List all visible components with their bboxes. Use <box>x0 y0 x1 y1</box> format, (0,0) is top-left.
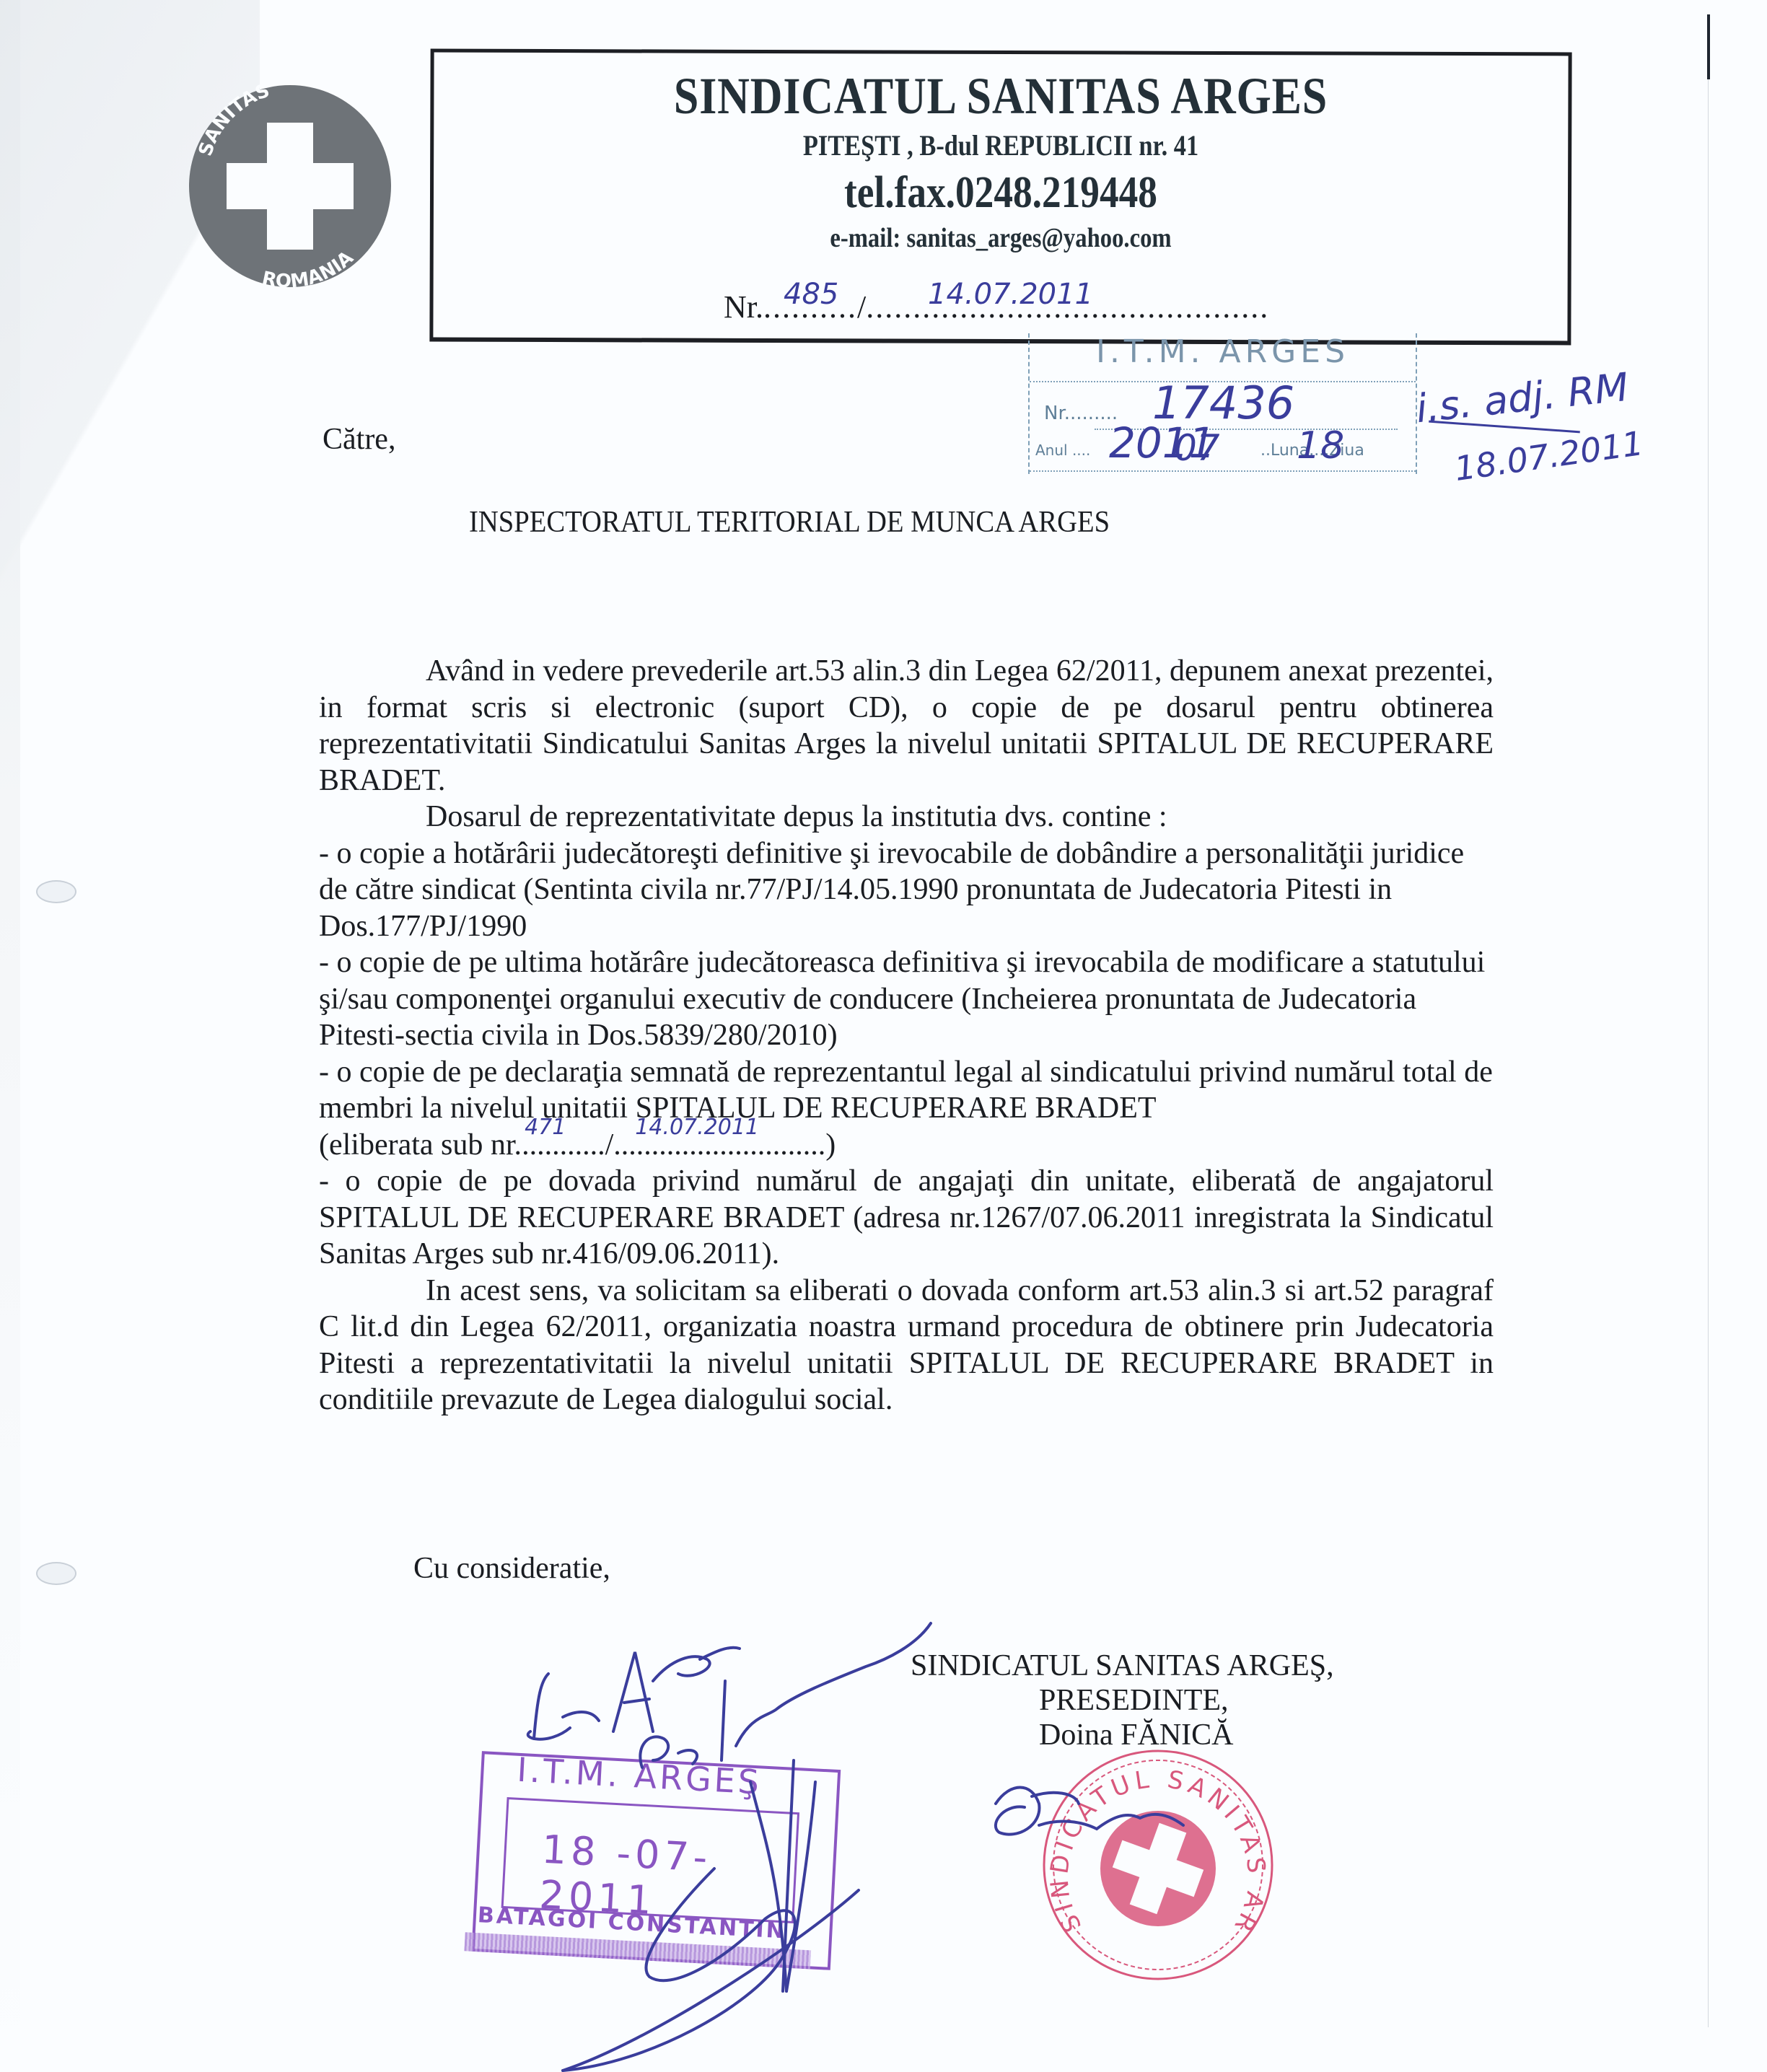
closing: Cu consideratie, <box>413 1551 610 1586</box>
organization-email: e-mail: sanitas_arges@yahoo.com <box>510 222 1492 254</box>
union-seal: SINDICATUL SANITAS ARGEŞ <box>1039 1746 1277 1984</box>
paragraph: Dosarul de reprezentativitate depus la i… <box>319 799 1494 835</box>
recipient: INSPECTORATUL TERITORIAL DE MUNCA ARGES <box>469 505 1110 540</box>
paragraph: Având in vedere prevederile art.53 alin.… <box>319 653 1494 799</box>
scan-edge-right <box>1707 14 1710 79</box>
issued-date-handwritten: 14.07.2011 <box>635 1110 759 1146</box>
signature-block: SINDICATUL SANITAS ARGEŞ, PRESEDINTE, Do… <box>911 1649 1334 1752</box>
reference-date-handwritten: 14.07.2011 <box>928 278 1093 311</box>
salutation: Către, <box>323 422 395 457</box>
handwritten-annotation-date: 18.07.2011 <box>1452 423 1646 488</box>
registration-stamp: I.T.M. ARGES Nr......... Anul .... ..Lun… <box>1028 333 1417 474</box>
punch-hole-icon <box>36 1562 76 1585</box>
signatory-organization: SINDICATUL SANITAS ARGEŞ, <box>911 1649 1334 1683</box>
reference-number-handwritten: 485 <box>784 278 838 311</box>
issued-number-handwritten: 471 <box>525 1110 566 1146</box>
signatory-role: PRESEDINTE, <box>1039 1683 1334 1718</box>
list-item-issued: (eliberata sub nr............471/.......… <box>319 1127 1494 1164</box>
scan-edge-right-line <box>1708 79 1709 2027</box>
registration-day-handwritten: 18 <box>1297 424 1344 467</box>
list-item: - o copie a hotărârii judecătoreşti defi… <box>319 835 1494 945</box>
paragraph: In acest sens, va solicitam sa eliberati… <box>319 1273 1494 1418</box>
list-item: - o copie de pe ultima hotărâre judecăto… <box>319 944 1494 1054</box>
list-item: - o copie de pe dovada privind numărul d… <box>319 1163 1494 1273</box>
organization-phone: tel.fax.0248.219448 <box>510 167 1492 219</box>
letter-body: Având in vedere prevederile art.53 alin.… <box>319 653 1494 1418</box>
organization-title: SINDICATUL SANITAS ARGES <box>510 66 1492 126</box>
registration-month-handwritten: 07 <box>1174 427 1220 469</box>
sanitas-logo: SANITAS ROMANIA <box>182 78 398 294</box>
organization-address: PITEŞTI , B-dul REPUBLICII nr. 41 <box>510 128 1492 162</box>
registration-stamp-title: I.T.M. ARGES <box>1030 333 1416 370</box>
itm-date-stamp: I.T.M. ARGEŞ 18 -07- 2011 BATAGOI CONSTA… <box>464 1751 849 1980</box>
reference-label: Nr. <box>724 289 763 325</box>
punch-hole-icon <box>36 880 76 903</box>
list-item: - o copie de pe declaraţia semnată de re… <box>319 1054 1494 1127</box>
